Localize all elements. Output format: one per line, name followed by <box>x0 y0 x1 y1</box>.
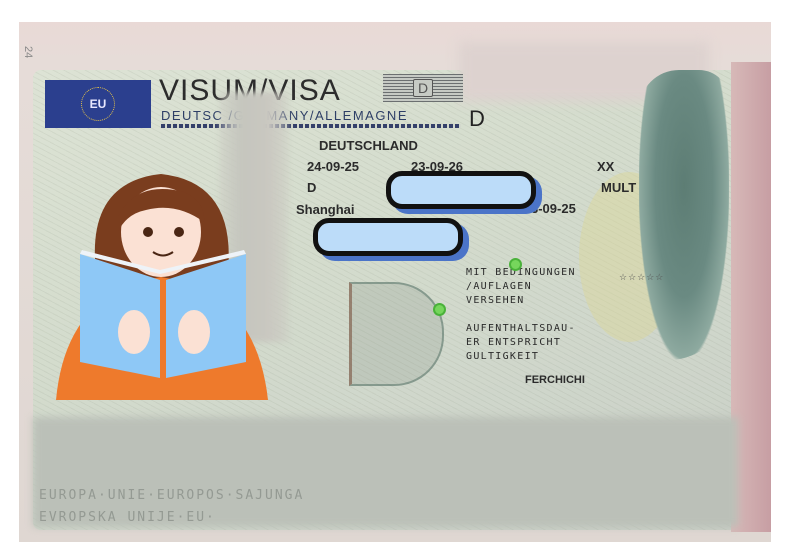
remarks-duration: AUFENTHALTSDAU- ER ENTSPRICHT GULTIGKEIT <box>466 322 576 364</box>
field-entries: MULT <box>601 180 636 195</box>
green-dot <box>509 258 522 271</box>
field-from-date: 24-09-25 <box>307 159 359 174</box>
remarks-conditions: MIT BEDINGUNGEN /AUFLAGEN VERSEHEN <box>466 266 576 308</box>
mrz-line: EUROPA·UNIE·EUROPOS·SAJUNGA <box>39 488 304 503</box>
country-letter: D <box>469 106 485 132</box>
security-d-emblem <box>349 282 444 386</box>
holder-name: FERCHICHI <box>525 374 585 386</box>
country-code-box: D <box>383 74 463 102</box>
redaction-bar <box>313 218 463 256</box>
hologram <box>639 70 729 360</box>
field-issue-date: 3-09-25 <box>531 201 576 216</box>
field-valid-for: DEUTSCHLAND <box>319 138 418 153</box>
mrz-line: EVROPSKA UNIJE·EU· <box>39 510 216 525</box>
stars-mark: ☆☆☆☆☆ <box>619 272 664 283</box>
girl-reading-sticker-icon <box>56 162 268 400</box>
microprint-stripe <box>161 124 461 128</box>
field-visa-type: D <box>307 180 316 195</box>
field-entries-count: XX <box>597 159 614 174</box>
eu-flag: EU <box>45 80 151 128</box>
eu-stars-icon: EU <box>81 87 115 121</box>
field-issued-in: Shanghai <box>296 202 355 217</box>
page-number: 24 <box>22 46 34 58</box>
visa-photo: 24 EU VISUM/VISA DEUTSC /GERMANY/ALLEMAG… <box>19 22 771 542</box>
redaction-bar <box>386 171 536 209</box>
green-dot <box>433 303 446 316</box>
